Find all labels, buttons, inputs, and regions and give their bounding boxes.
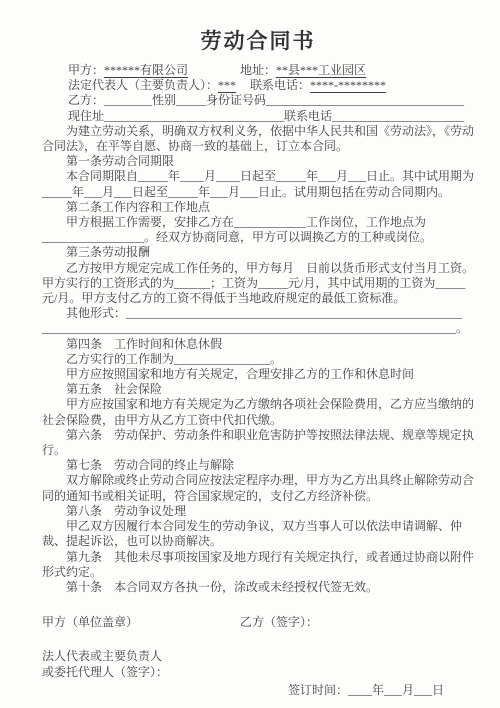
clause-6-text: 第六条 劳动保护、劳动条件和职业危害防护等按照法律法规、规章等规定执行。: [42, 428, 474, 458]
phone-value: ****-********: [310, 78, 386, 92]
party-a-label: 甲方：: [68, 63, 104, 77]
address-label: 地址：: [240, 63, 276, 77]
rep-sign-line2: 或委托代理人（签字）：: [42, 665, 474, 680]
clause-5-body: 甲方应按国家和地方有关规定为乙方缴纳各项社会保险费用，乙方应当缴纳的社会保险费，…: [42, 397, 474, 427]
phone2-label: 联系电话: [284, 109, 332, 123]
clause-3-body: 乙方按甲方规定完成工作任务的，甲方每月 日前以货币形式支付当月工资。甲方实行的工…: [42, 261, 474, 307]
other-form-label: 其他形式：: [66, 306, 126, 320]
clause-4-line2: 甲方应按照国家和地方有关规定，合理安排乙方的工作和休息时间: [42, 367, 474, 382]
signing-date-line: 签订时间：____年___月___日: [42, 683, 474, 698]
legal-rep-line: 法定代表人（主要负责人）：***联系电话：****-********: [42, 78, 474, 93]
clause-10-text: 第十条 本合同双方各执一份，涂改或未经授权代签无效。: [42, 580, 474, 595]
legal-rep-value: ***: [218, 78, 236, 92]
clause-7-heading: 第七条 劳动合同的终止与解除: [42, 458, 474, 473]
clause-2-body: 甲方根据工作需要，安排乙方在____________工作岗位，工作地点为____…: [42, 215, 474, 245]
party-a-value: ******有限公司: [104, 63, 188, 77]
clause-1-heading: 第一条劳动合同期限: [42, 154, 474, 169]
preamble: 为建立劳动关系，明确双方权利义务，依据中华人民共和国《劳动法》，《劳动合同法》，…: [42, 124, 474, 154]
clause-8-heading: 第八条 劳动争议处理: [42, 504, 474, 519]
party-b-sign-label: 乙方（签字）：: [240, 615, 318, 630]
clause-3-heading: 第三条劳动报酬: [42, 245, 474, 260]
clause-2-heading: 第二条工作内容和工作地点: [42, 200, 474, 215]
rep-sign-line1: 法人代表或主要负责人: [42, 649, 474, 664]
clause-4-line1: 乙方实行的工作制为________________。: [42, 352, 474, 367]
clause-9-text: 第九条 其他未尽事项按国家及地方现行有关规定执行，或者通过协商以附件形式约定。: [42, 550, 474, 580]
resident-line: 现住址______________________________联系电话___…: [42, 109, 474, 124]
gender-label: 性别: [152, 93, 176, 107]
clause-1-body: 本合同期限自_____年____月____日起至_____年___月___日止。…: [42, 169, 474, 199]
party-b-line: 乙方：________性别_____身份证号码_________________…: [42, 93, 474, 108]
clause-5-heading: 第五条 社会保险: [42, 382, 474, 397]
party-b-blank: ________: [104, 93, 152, 107]
clause-3-continuation-blank: ________________________________________…: [42, 321, 474, 336]
address-value: **县***工业园区: [276, 63, 366, 77]
other-form-blank: ________________________________________…: [126, 306, 462, 320]
party-a-seal-label: 甲方（单位盖章）: [42, 615, 240, 630]
clause-4-heading: 第四条 工作时间和休息休假: [42, 337, 474, 352]
party-a-line: 甲方：******有限公司地址：**县***工业园区: [42, 63, 474, 78]
id-blank: _________________________________: [266, 93, 464, 107]
resident-label: 现住址: [68, 109, 104, 123]
legal-rep-label: 法定代表人（主要负责人）：: [68, 78, 218, 92]
party-b-label: 乙方：: [68, 93, 104, 107]
resident-blank: ______________________________: [104, 109, 284, 123]
clause-7-body: 双方解除或终止劳动合同应按法定程序办理，甲方为乙方出具终止解除劳动合同的通知书或…: [42, 473, 474, 503]
clause-8-body: 甲乙双方因履行本合同发生的劳动争议，双方当事人可以依法申请调解、仲裁、提起诉讼，…: [42, 519, 474, 549]
phone-label: 联系电话：: [250, 78, 310, 92]
signature-row: 甲方（单位盖章） 乙方（签字）：: [42, 615, 474, 630]
clause-3-other-line: 其他形式：___________________________________…: [42, 306, 474, 321]
legal-rep-sign-block: 法人代表或主要负责人 或委托代理人（签字）：: [42, 649, 474, 679]
contract-page: 劳动合同书 甲方：******有限公司地址：**县***工业园区 法定代表人（主…: [0, 0, 500, 708]
gender-blank: _____: [176, 93, 206, 107]
contract-title: 劳动合同书: [42, 28, 474, 54]
id-label: 身份证号码: [206, 93, 266, 107]
phone2-blank: ______________________: [332, 109, 464, 123]
